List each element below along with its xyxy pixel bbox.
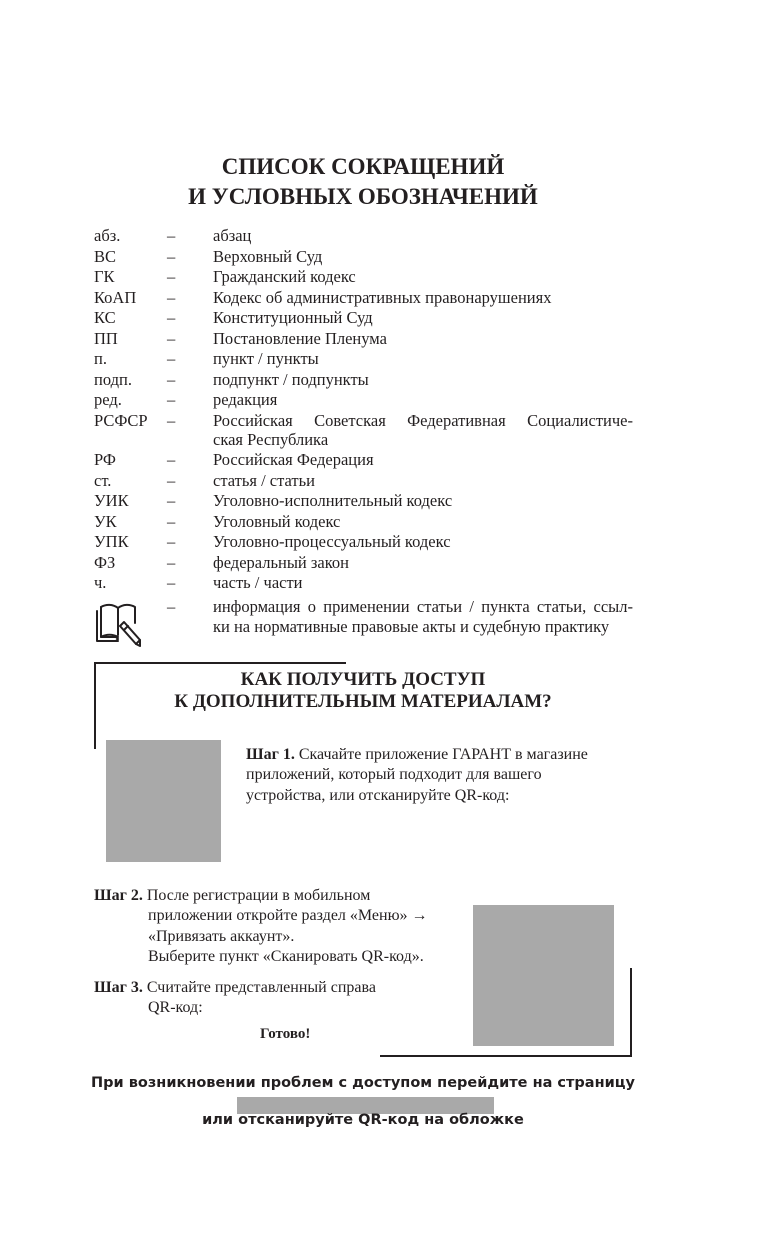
abbreviation: п. [94,349,107,369]
abbreviation: РСФСР [94,411,148,431]
step-3-label: Шаг 3. [94,979,143,996]
footer-line2: или отсканируйте QR-код на обложке [0,1112,726,1128]
definition-line1: информация о применении статьи / пункта … [213,597,633,617]
dash: – [167,267,175,287]
dash: – [167,308,175,328]
dash: – [167,329,175,349]
dash: – [167,288,175,308]
definition-line2: ская Республика [213,430,633,450]
definition: Уголовный кодекс [213,512,633,532]
definition: Российская Федерация [213,450,633,470]
abbreviation: ч. [94,573,106,593]
step-1-text-line2: приложений, который подходит для вашего [246,765,588,785]
step-1-label: Шаг 1. [246,746,295,763]
abbreviation: РФ [94,450,116,470]
frame-bottom-line [380,1055,632,1057]
abbreviation: УК [94,512,117,532]
page-title-line1: СПИСОК СОКРАЩЕНИЙ [0,152,726,182]
step-2-text-line2: приложении откройте раздел «Меню» → [94,906,428,926]
definition: Постановление Пленума [213,329,633,349]
step-2-text-line3: «Привязать аккаунт». [94,927,428,947]
abbreviation: ред. [94,390,122,410]
dash: – [167,370,175,390]
dash: – [167,553,175,573]
page-title-line2: И УСЛОВНЫХ ОБОЗНАЧЕНИЙ [0,182,726,212]
step-2: Шаг 2. После регистрации в мобильном при… [94,886,428,968]
step-2-text-line4: Выберите пункт «Сканировать QR-код». [94,947,428,967]
step-2-text: После регистрации в мобильном [143,887,371,904]
abbreviation: КоАП [94,288,136,308]
access-title-line2: К ДОПОЛНИТЕЛЬНЫМ МАТЕРИАЛАМ? [0,690,726,714]
book-pencil-icon [94,601,144,647]
definition: пункт / пункты [213,349,633,369]
step-1-text: Скачайте приложение ГАРАНТ в магазине [295,746,588,763]
dash: – [167,349,175,369]
dash: – [167,573,175,593]
definition: абзац [213,226,633,246]
dash: – [167,390,175,410]
definition: Верховный Суд [213,247,633,267]
step-1-text-line3: устройства, или отсканируйте QR-код: [246,786,588,806]
abbreviation: ВС [94,247,116,267]
dash: – [167,226,175,246]
definition: Кодекс об административных правонарушени… [213,288,633,308]
dash: – [167,512,175,532]
definition: Гражданский кодекс [213,267,633,287]
definition: Конституционный Суд [213,308,633,328]
abbreviation: КС [94,308,116,328]
access-title-line1: КАК ПОЛУЧИТЬ ДОСТУП [0,668,726,692]
abbreviation: подп. [94,370,132,390]
definition: редакция [213,390,633,410]
step-1: Шаг 1. Скачайте приложение ГАРАНТ в мага… [246,745,588,806]
dash: – [167,491,175,511]
step-3-text: Считайте представленный справа [143,979,376,996]
step-2-label: Шаг 2. [94,887,143,904]
abbreviation: ФЗ [94,553,115,573]
step-3: Шаг 3. Считайте представленный справа QR… [94,978,376,1019]
dash: – [167,597,175,617]
definition-line2: ки на нормативные правовые акты и судебн… [213,617,633,637]
dash: – [167,532,175,552]
definition: Уголовно-процессуальный кодекс [213,532,633,552]
abbreviation: УИК [94,491,129,511]
abbreviation: ГК [94,267,115,287]
dash: – [167,450,175,470]
definition: часть / части [213,573,633,593]
abbreviation: абз. [94,226,120,246]
definition: федеральный закон [213,553,633,573]
definition-line1: Российская Советская Федеративная Социал… [213,411,633,431]
dash: – [167,247,175,267]
frame-right-line [630,968,632,1056]
dash: – [167,411,175,431]
step-3-text-line2: QR-код: [94,998,376,1018]
qr-code-account-link[interactable] [473,905,614,1046]
footer-line1: При возникновении проблем с доступом пер… [0,1075,726,1091]
definition: Уголовно-исполнительный кодекс [213,491,633,511]
abbreviation: УПК [94,532,129,552]
qr-code-app-store[interactable] [106,740,221,862]
abbreviation: ст. [94,471,111,491]
definition: статья / статьи [213,471,633,491]
definition: подпункт / подпункты [213,370,633,390]
abbreviation: ПП [94,329,118,349]
dash: – [167,471,175,491]
frame-top-line [95,662,346,664]
done-label: Готово! [260,1024,310,1044]
